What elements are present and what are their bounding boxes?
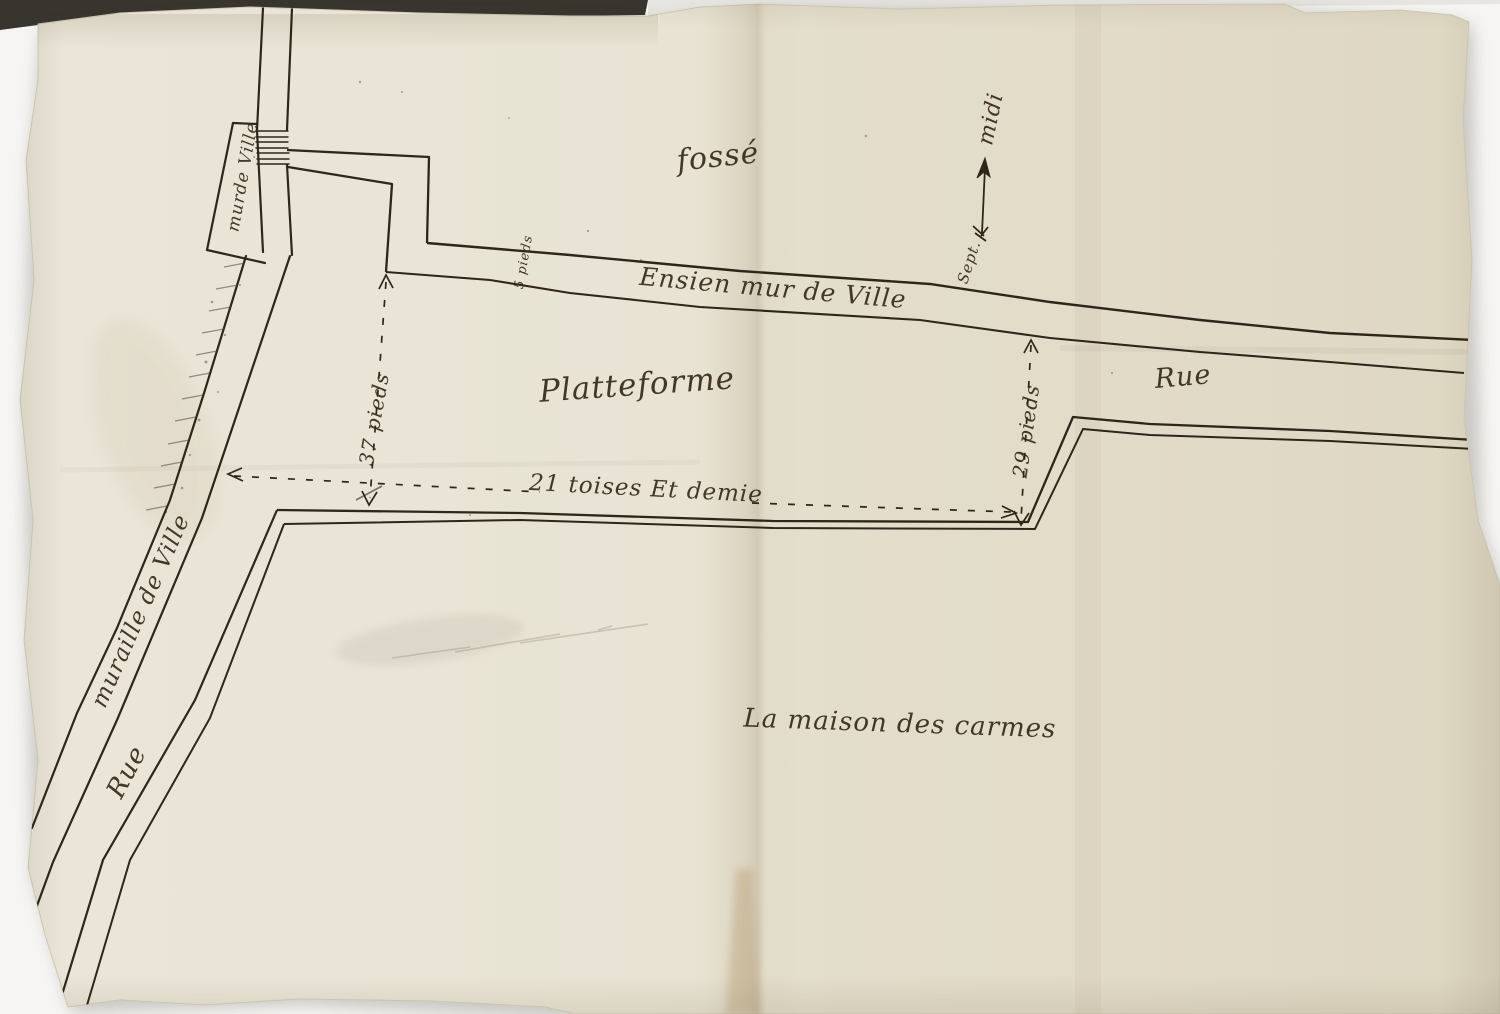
strip-top-edge xyxy=(233,123,257,124)
plan-drawing xyxy=(0,0,1500,1014)
center-fold xyxy=(703,0,803,1014)
photo-of-manuscript-plan: murde VillefossémidiSept.Ensien mur de V… xyxy=(0,0,1500,1014)
crease-right xyxy=(1075,0,1101,1014)
